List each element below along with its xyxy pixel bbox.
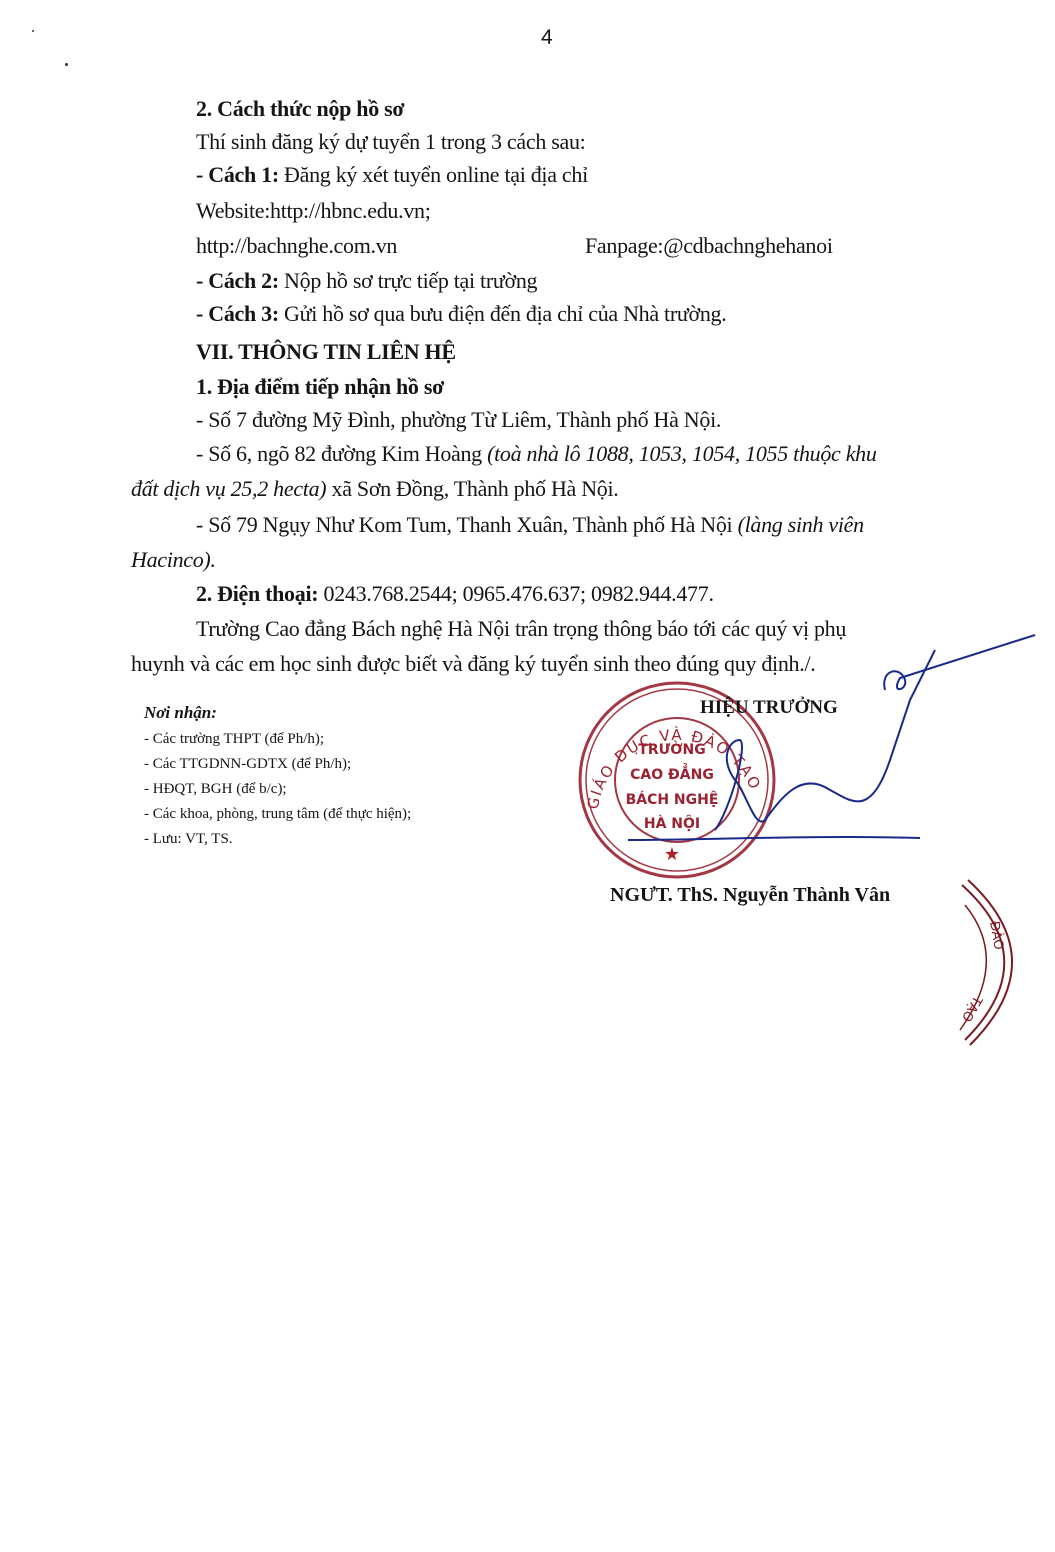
star-icon: ★ (664, 844, 680, 865)
signature-title: HIỆU TRƯỞNG (700, 697, 838, 719)
official-stamp: GIÁO DỤC VÀ ĐÀO TẠO ★ TRƯỜNG CAO ĐẲNG BÁ… (0, 0, 1055, 1552)
stamp-partial-text: TẠO (958, 992, 985, 1024)
stamp-line: HÀ NỘI (644, 814, 700, 832)
signatory-name: NGƯT. ThS. Nguyễn Thành Vân (610, 884, 890, 907)
stamp-line: TRƯỜNG (638, 740, 705, 758)
stamp-line: CAO ĐẲNG (630, 763, 714, 783)
stamp-line: BÁCH NGHỆ (626, 790, 719, 808)
